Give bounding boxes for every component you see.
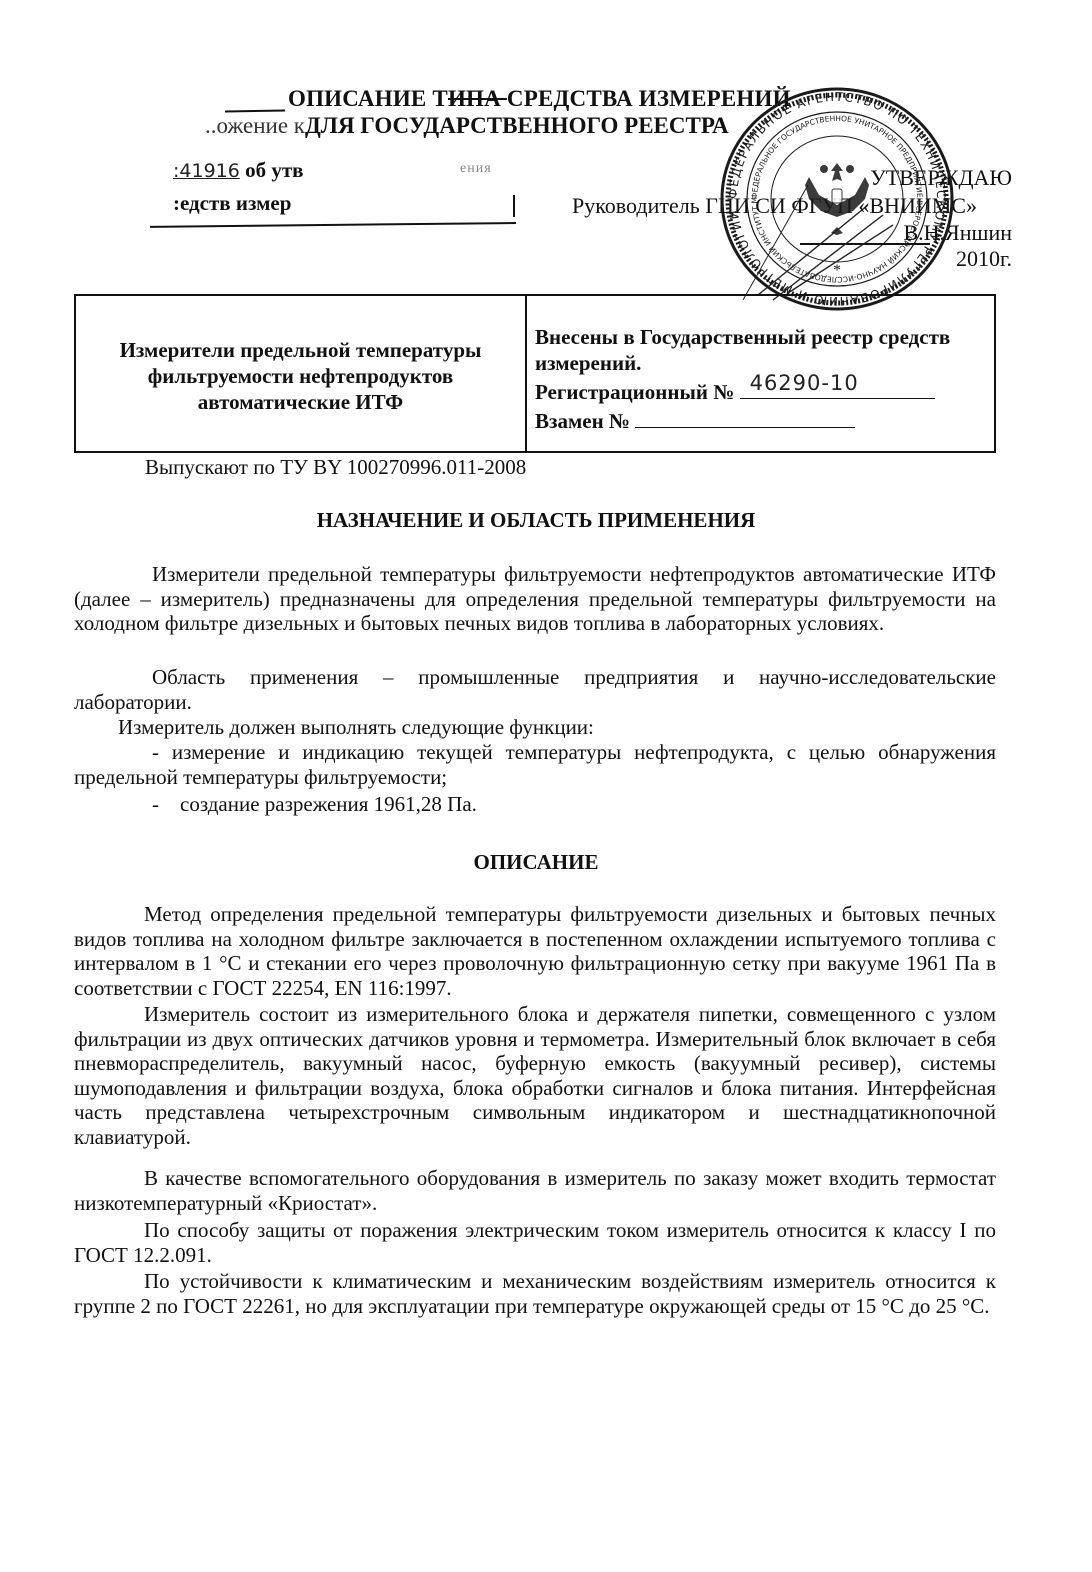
handwritten-reg-number: 46290-10: [750, 370, 859, 396]
description-paragraph-3: В качестве вспомогательного оборудования…: [74, 1166, 996, 1215]
registry-text: Внесены в Государственный реестр средств: [535, 324, 994, 350]
document-subtitle: ..ожение кДЛЯ ГОСУДАРСТВЕННОГО РЕЕСТРА: [205, 113, 729, 139]
faded-text: ..ожение к: [205, 113, 305, 138]
purpose-paragraph-1: Измерители предельной температуры фильтр…: [74, 562, 996, 636]
replaces-row: Взамен №: [535, 405, 994, 434]
description-paragraph-5: По устойчивости к климатическим и механи…: [74, 1269, 996, 1318]
document-title: ОПИСАНИЕ ТИПА СРЕДСТВА ИЗМЕРЕНИЙ: [288, 86, 791, 112]
order-reference-line2: :едств измер: [173, 191, 291, 216]
official-seal-icon: ФЕДЕРАЛЬНОЕ АГЕНТСТВО ПО ТЕХНИЧЕСКОМУ РЕ…: [718, 85, 956, 313]
description-paragraph-4: По способу защиты от поражения электриче…: [74, 1218, 996, 1267]
description-paragraph-2: Измеритель состоит из измерительного бло…: [74, 1002, 996, 1149]
product-name-cell: Измерители предельной температуры фильтр…: [76, 296, 527, 451]
function-item-1: - измерение и индикацию текущей температ…: [74, 740, 996, 789]
registry-cell: Внесены в Государственный реестр средств…: [527, 296, 994, 451]
description-paragraph-1: Метод определения предельной температуры…: [74, 902, 996, 1000]
approval-date: 2010г.: [956, 246, 1012, 272]
functions-intro: Измеритель должен выполнять следующие фу…: [118, 715, 998, 740]
section-heading-description: ОПИСАНИЕ: [0, 850, 1072, 875]
order-text: об утв: [240, 158, 304, 182]
subtitle-text: ДЛЯ ГОСУДАРСТВЕННОГО РЕЕСТРА: [305, 113, 729, 138]
product-name-line: фильтруемости нефтепродуктов: [120, 363, 482, 389]
purpose-paragraph-2: Область применения – промышленные предпр…: [74, 665, 996, 714]
tu-reference: Выпускают по ТУ BY 100270996.011-2008: [145, 455, 526, 480]
faded-text: ения: [460, 161, 492, 177]
inset-border: [150, 222, 516, 228]
product-name-line: Измерители предельной температуры: [120, 337, 482, 363]
product-name-line: автоматические ИТФ: [120, 389, 482, 415]
registry-info-table: Измерители предельной температуры фильтр…: [74, 294, 996, 453]
title-struck-part: ИПА: [448, 86, 507, 111]
reg-number-field: 46290-10: [740, 376, 935, 399]
replaces-label: Взамен №: [535, 409, 630, 433]
order-reference: :41916 об утв: [173, 158, 304, 183]
svg-text:*: *: [833, 262, 841, 279]
reg-number-label: Регистрационный №: [535, 380, 734, 404]
section-heading-purpose: НАЗНАЧЕНИЕ И ОБЛАСТЬ ПРИМЕНЕНИЯ: [0, 508, 1072, 533]
reg-number-row: Регистрационный № 46290-10: [535, 376, 994, 405]
inset-border: [513, 195, 515, 217]
handwritten-order-number: :41916: [173, 160, 240, 182]
function-item-2: - создание разрежения 1961,28 Па.: [152, 792, 992, 817]
title-part: ОПИСАНИЕ Т: [288, 86, 448, 111]
replaces-field: [635, 405, 855, 428]
